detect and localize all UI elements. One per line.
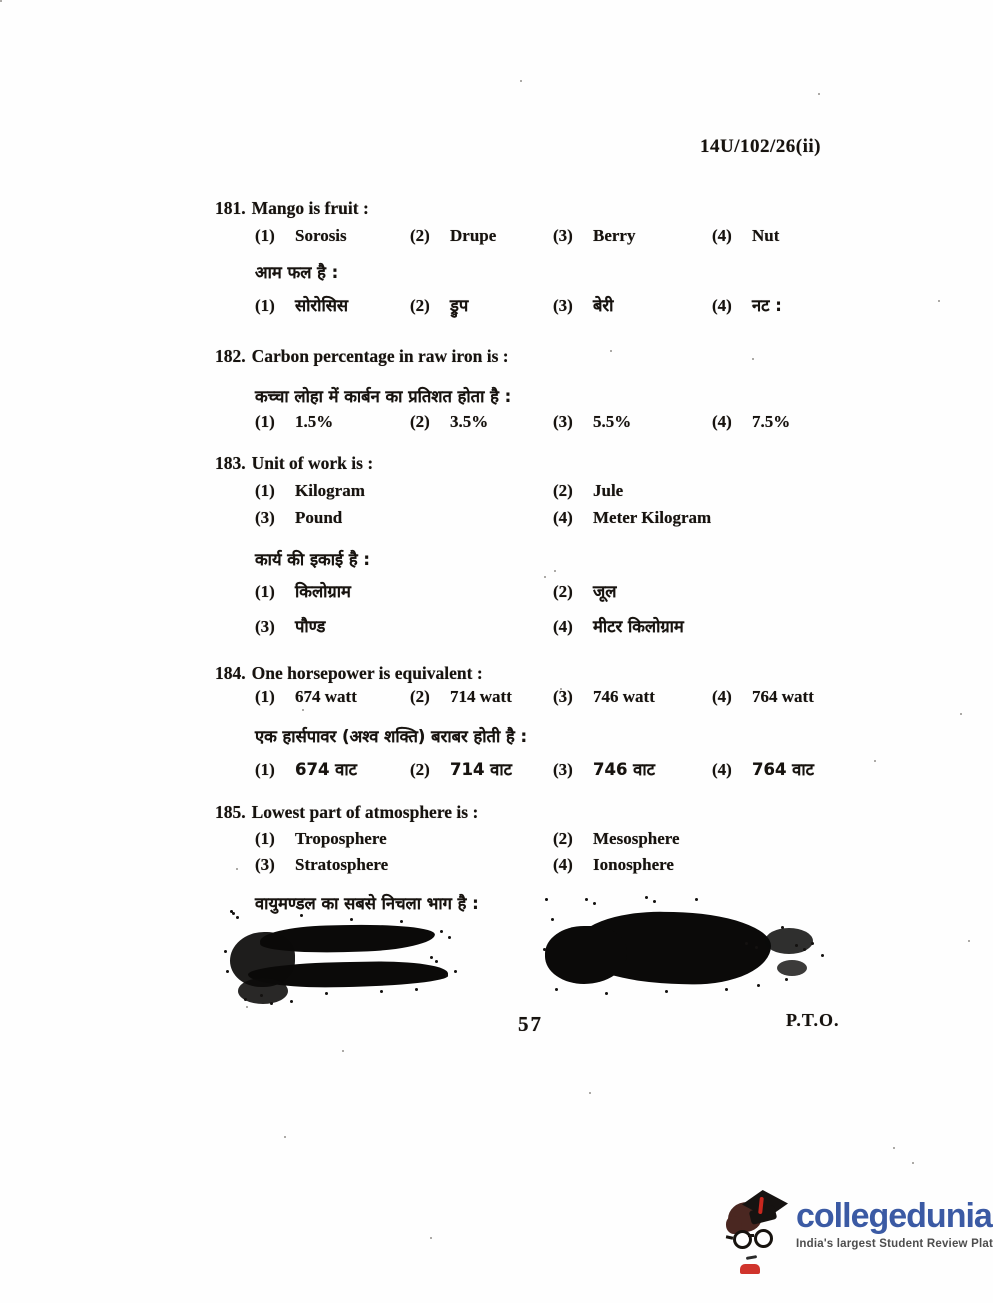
option-label: 746 वाट <box>593 760 655 779</box>
option: (4)764 watt <box>712 687 814 707</box>
paper-code: 14U/102/26(ii) <box>700 136 821 158</box>
option-label: 674 वाट <box>295 760 357 779</box>
option-number: (2) <box>410 412 440 432</box>
option-number: (3) <box>553 412 583 432</box>
option-label: Sorosis <box>295 226 347 245</box>
option-label: 674 watt <box>295 687 357 706</box>
question-number: 185. <box>215 802 246 822</box>
option-number: (3) <box>553 760 583 780</box>
option: (1)674 watt <box>255 687 357 707</box>
question-184-prompt-hindi: एक हार्सपावर (अश्व शक्ति) बराबर होती है … <box>255 724 527 747</box>
option: (2)714 वाट <box>410 757 512 780</box>
question-number: 183. <box>215 453 246 473</box>
option-label: 746 watt <box>593 687 655 706</box>
option: (3)5.5% <box>553 412 631 432</box>
question-text: Unit of work is : <box>252 453 374 473</box>
option-number: (4) <box>712 687 742 707</box>
option-number: (4) <box>712 296 742 316</box>
option: (4)Ionosphere <box>553 855 674 875</box>
option-number: (4) <box>712 412 742 432</box>
option-label: Troposphere <box>295 829 387 848</box>
question-182-prompt-hindi: कच्चा लोहा में कार्बन का प्रतिशत होता है… <box>255 384 511 407</box>
option: (1)Sorosis <box>255 226 347 246</box>
option: (4)7.5% <box>712 412 790 432</box>
option: (4)Meter Kilogram <box>553 508 711 528</box>
option-number: (2) <box>553 829 583 849</box>
question-181-prompt-hindi: आम फल है : <box>255 260 338 283</box>
exam-paper-page: 14U/102/26(ii) 181.Mango is fruit : (1)S… <box>0 0 993 1303</box>
option: (4)नट : <box>712 293 782 316</box>
option-label: 764 watt <box>752 687 814 706</box>
option: (3)Pound <box>255 508 342 528</box>
option: (1)Troposphere <box>255 829 387 849</box>
question-181-options-hindi: (1)सोरोसिस (2)ड्रुप (3)बेरी (4)नट : <box>215 293 945 319</box>
question-text: Carbon percentage in raw iron is : <box>252 346 509 366</box>
ink-smudge-left <box>230 910 470 1010</box>
question-number: 182. <box>215 346 246 366</box>
option-label: 7.5% <box>752 412 790 431</box>
option: (2)Drupe <box>410 226 496 246</box>
option: (3)746 वाट <box>553 757 655 780</box>
option-number: (2) <box>410 760 440 780</box>
question-182-title: 182.Carbon percentage in raw iron is : <box>215 346 509 367</box>
option: (4)Nut <box>712 226 779 246</box>
option: (3)Stratosphere <box>255 855 388 875</box>
option-number: (4) <box>553 508 583 528</box>
option-label: किलोग्राम <box>295 582 351 601</box>
option-label: 5.5% <box>593 412 631 431</box>
option: (3)पौण्ड <box>255 614 325 637</box>
brand-tagline: India's largest Student Review Platform <box>796 1238 993 1250</box>
collegedunia-logo: collegedunia com India's largest Student… <box>726 1190 988 1274</box>
option-number: (4) <box>712 226 742 246</box>
option-number: (4) <box>712 760 742 780</box>
question-text: Mango is fruit : <box>252 198 369 218</box>
option-label: Jule <box>593 481 623 500</box>
scan-speckles <box>0 0 2 2</box>
option: (1)1.5% <box>255 412 333 432</box>
option-number: (1) <box>255 687 285 707</box>
collegedunia-mascot-icon <box>726 1190 790 1274</box>
option-number: (3) <box>553 687 583 707</box>
option-label: पौण्ड <box>295 617 325 636</box>
option-label: Pound <box>295 508 342 527</box>
option-label: Berry <box>593 226 635 245</box>
option-number: (3) <box>255 508 285 528</box>
option-label: ड्रुप <box>450 296 468 315</box>
question-183-options-hindi-row2: (3)पौण्ड (4)मीटर किलोग्राम <box>215 614 945 640</box>
question-183-options-hindi-row1: (1)किलोग्राम (2)जूल <box>215 579 945 605</box>
option-number: (2) <box>553 582 583 602</box>
option-label: 1.5% <box>295 412 333 431</box>
question-183-options-english-row1: (1)Kilogram (2)Jule <box>215 481 945 507</box>
option: (1)किलोग्राम <box>255 579 351 602</box>
page-number: 57 <box>518 1012 543 1037</box>
option-label: 714 watt <box>450 687 512 706</box>
option-number: (2) <box>553 481 583 501</box>
option-label: नट : <box>752 296 782 315</box>
option: (1)674 वाट <box>255 757 357 780</box>
question-185-options-english-row1: (1)Troposphere (2)Mesosphere <box>215 829 945 855</box>
question-181-options-english: (1)Sorosis (2)Drupe (3)Berry (4)Nut <box>215 226 945 252</box>
option-label: Kilogram <box>295 481 365 500</box>
option-label: Nut <box>752 226 779 245</box>
option-label: सोरोसिस <box>295 296 348 315</box>
question-number: 181. <box>215 198 246 218</box>
ink-smudge-right <box>545 898 835 1003</box>
option: (3)Berry <box>553 226 635 246</box>
pto-label: P.T.O. <box>786 1010 840 1031</box>
option-label: Stratosphere <box>295 855 388 874</box>
option-number: (2) <box>410 296 440 316</box>
question-185-title: 185.Lowest part of atmosphere is : <box>215 802 478 823</box>
option-number: (4) <box>553 617 583 637</box>
question-184-options-hindi: (1)674 वाट (2)714 वाट (3)746 वाट (4)764 … <box>215 757 945 783</box>
option: (2)3.5% <box>410 412 488 432</box>
option: (4)764 वाट <box>712 757 814 780</box>
question-185-options-english-row2: (3)Stratosphere (4)Ionosphere <box>215 855 945 881</box>
option: (2)जूल <box>553 579 616 602</box>
option-label: 3.5% <box>450 412 488 431</box>
option-number: (2) <box>410 226 440 246</box>
option: (4)मीटर किलोग्राम <box>553 614 684 637</box>
option-number: (3) <box>255 617 285 637</box>
option-number: (2) <box>410 687 440 707</box>
question-183-title: 183.Unit of work is : <box>215 453 373 474</box>
option-number: (1) <box>255 829 285 849</box>
option-number: (3) <box>553 296 583 316</box>
option-label: Ionosphere <box>593 855 674 874</box>
brand-text: collegedunia <box>796 1198 992 1234</box>
question-182-options: (1)1.5% (2)3.5% (3)5.5% (4)7.5% <box>215 412 945 438</box>
option: (2)ड्रुप <box>410 293 468 316</box>
option-label: 764 वाट <box>752 760 814 779</box>
question-text: One horsepower is equivalent : <box>252 663 483 683</box>
option-number: (1) <box>255 226 285 246</box>
question-number: 184. <box>215 663 246 683</box>
option-number: (3) <box>553 226 583 246</box>
question-text: Lowest part of atmosphere is : <box>252 802 479 822</box>
option: (3)746 watt <box>553 687 655 707</box>
question-181-title: 181.Mango is fruit : <box>215 198 369 219</box>
logo-text: collegedunia com India's largest Student… <box>796 1190 993 1250</box>
option-number: (1) <box>255 582 285 602</box>
option: (2)714 watt <box>410 687 512 707</box>
option-number: (4) <box>553 855 583 875</box>
option-label: मीटर किलोग्राम <box>593 617 684 636</box>
option-label: Drupe <box>450 226 496 245</box>
option: (2)Jule <box>553 481 623 501</box>
option-label: बेरी <box>593 296 613 315</box>
option-label: Meter Kilogram <box>593 508 711 527</box>
question-184-title: 184.One horsepower is equivalent : <box>215 663 483 684</box>
question-184-options-english: (1)674 watt (2)714 watt (3)746 watt (4)7… <box>215 687 945 713</box>
option-number: (3) <box>255 855 285 875</box>
option: (1)Kilogram <box>255 481 365 501</box>
option-label: Mesosphere <box>593 829 680 848</box>
option-label: जूल <box>593 582 616 601</box>
option-number: (1) <box>255 760 285 780</box>
question-183-options-english-row2: (3)Pound (4)Meter Kilogram <box>215 508 945 534</box>
option-number: (1) <box>255 296 285 316</box>
question-183-prompt-hindi: कार्य की इकाई है : <box>255 547 370 570</box>
option: (3)बेरी <box>553 293 613 316</box>
option: (2)Mesosphere <box>553 829 680 849</box>
option: (1)सोरोसिस <box>255 293 348 316</box>
option-number: (1) <box>255 412 285 432</box>
option-label: 714 वाट <box>450 760 512 779</box>
option-number: (1) <box>255 481 285 501</box>
